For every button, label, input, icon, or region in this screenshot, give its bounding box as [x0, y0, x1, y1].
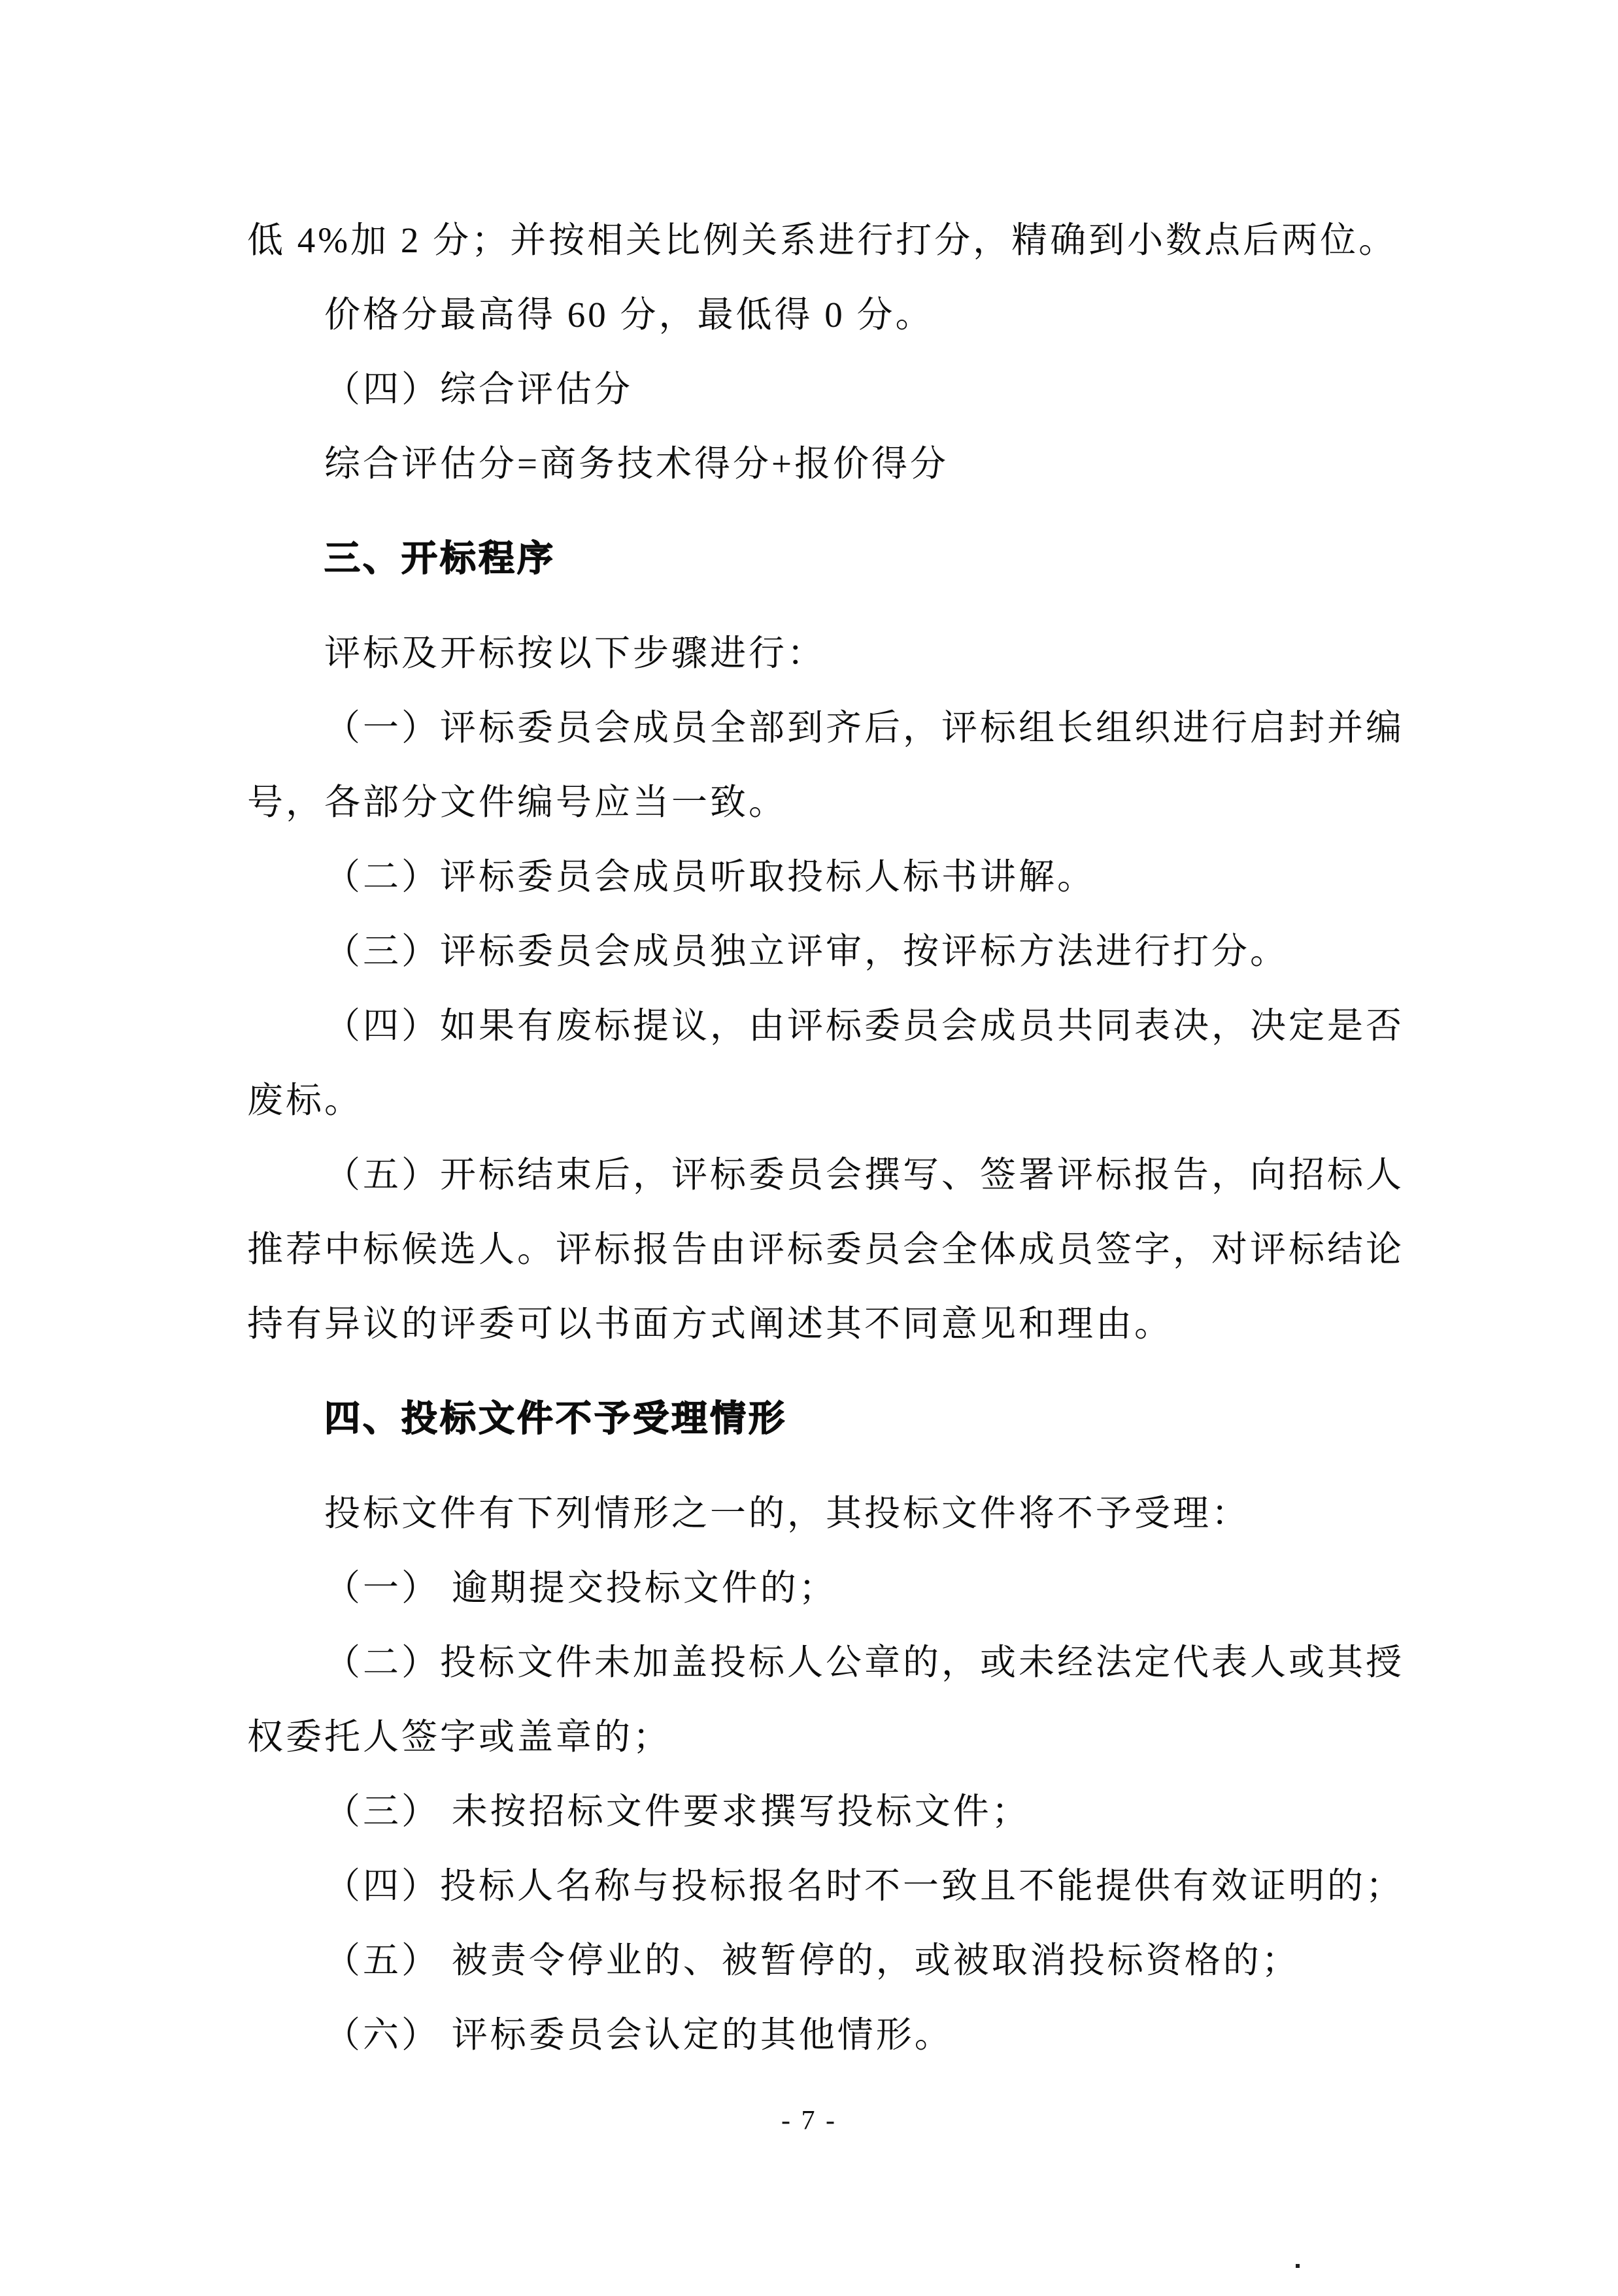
paragraph-line: 综合评估分=商务技术得分+报价得分: [247, 427, 1414, 501]
paragraph-line: 权委托人签字或盖章的；: [247, 1700, 1414, 1774]
document-page: 低 4%加 2 分；并按相关比例关系进行打分，精确到小数点后两位。 价格分最高得…: [0, 0, 1618, 2296]
paragraph-line: （二）投标文件未加盖投标人公章的，或未经法定代表人或其授: [247, 1625, 1414, 1700]
paragraph-line: 评标及开标按以下步骤进行：: [247, 616, 1414, 691]
section-heading-3: 三、开标程序: [247, 522, 1414, 596]
paragraph-line: （五） 被责令停业的、被暂停的，或被取消投标资格的；: [247, 1923, 1414, 1998]
scan-speck-dot: [1296, 2264, 1300, 2268]
paragraph-line: （三） 未按招标文件要求撰写投标文件；: [247, 1774, 1414, 1849]
paragraph-line: （五）开标结束后，评标委员会撰写、签署评标报告，向招标人: [247, 1138, 1414, 1212]
paragraph-line: （六） 评标委员会认定的其他情形。: [247, 1998, 1414, 2072]
paragraph-line: 价格分最高得 60 分，最低得 0 分。: [247, 278, 1414, 352]
paragraph-line: 推荐中标候选人。评标报告由评标委员会全体成员签字，对评标结论: [247, 1212, 1414, 1287]
paragraph-line: （四）综合评估分: [247, 352, 1414, 427]
paragraph-line: 低 4%加 2 分；并按相关比例关系进行打分，精确到小数点后两位。: [247, 203, 1414, 278]
paragraph-line: 投标文件有下列情形之一的，其投标文件将不予受理：: [247, 1476, 1414, 1551]
paragraph-line: （三）评标委员会成员独立评审，按评标方法进行打分。: [247, 914, 1414, 989]
paragraph-line: 持有异议的评委可以书面方式阐述其不同意见和理由。: [247, 1287, 1414, 1361]
paragraph-line: （一）评标委员会成员全部到齐后，评标组长组织进行启封并编: [247, 691, 1414, 765]
paragraph-line: （二）评标委员会成员听取投标人标书讲解。: [247, 840, 1414, 914]
paragraph-line: （四）投标人名称与投标报名时不一致且不能提供有效证明的；: [247, 1849, 1414, 1923]
document-body: 低 4%加 2 分；并按相关比例关系进行打分，精确到小数点后两位。 价格分最高得…: [247, 203, 1414, 2072]
paragraph-line: （一） 逾期提交投标文件的；: [247, 1551, 1414, 1625]
paragraph-line: （四）如果有废标提议，由评标委员会成员共同表决，决定是否: [247, 989, 1414, 1063]
section-heading-4: 四、投标文件不予受理情形: [247, 1382, 1414, 1456]
paragraph-line: 废标。: [247, 1063, 1414, 1138]
page-number: - 7 -: [0, 2105, 1618, 2137]
paragraph-line: 号，各部分文件编号应当一致。: [247, 765, 1414, 840]
